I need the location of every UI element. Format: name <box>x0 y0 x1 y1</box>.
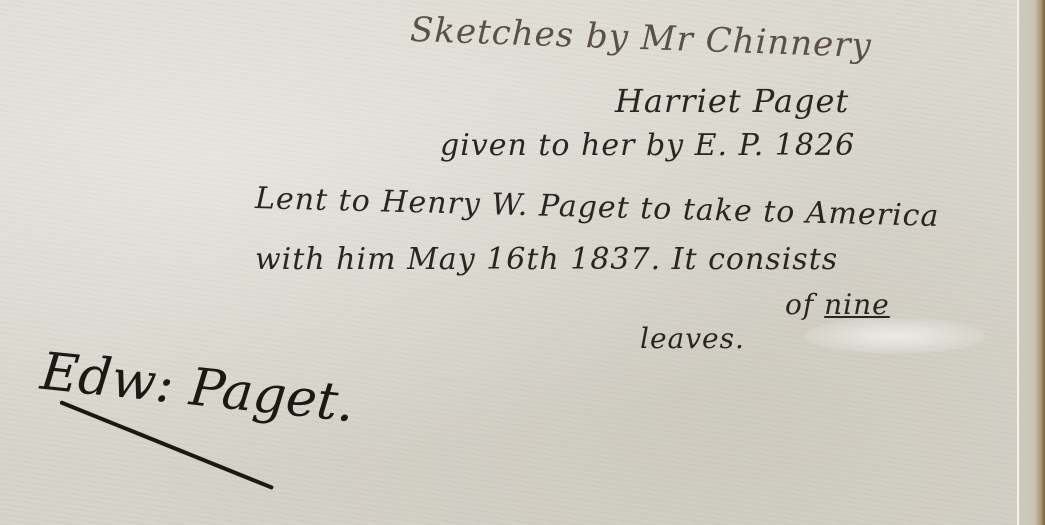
note-line-given: given to her by E. P. 1826 <box>440 128 855 163</box>
note-emphasis-word: nine <box>824 288 890 321</box>
note-line-owner: Harriet Paget <box>615 82 849 120</box>
note-line-count: of nine <box>785 288 890 321</box>
paper-edge <box>1017 0 1045 525</box>
ink-smudge <box>805 318 985 354</box>
note-line-leaves: leaves. <box>640 322 745 355</box>
note-line-date: with him May 16th 1837. It consists <box>255 242 838 277</box>
note-line-count-prefix: of <box>785 288 824 321</box>
